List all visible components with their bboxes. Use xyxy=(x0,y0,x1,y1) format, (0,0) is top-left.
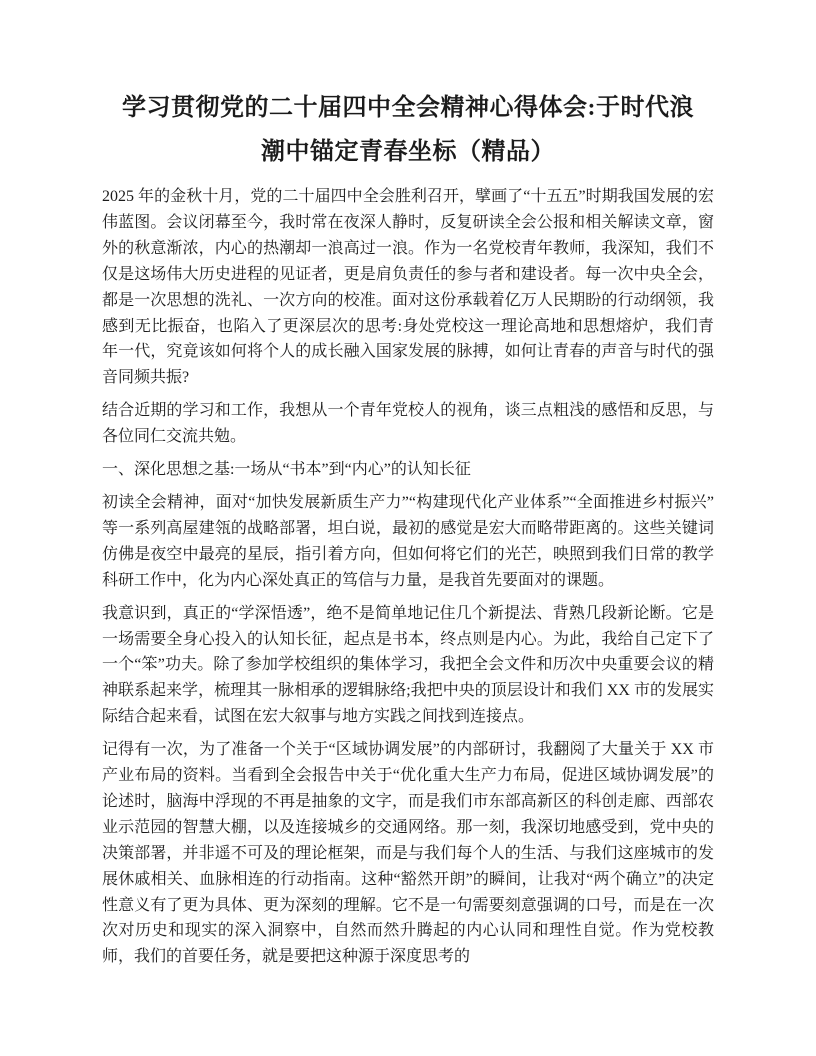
document-title-line-1: 学习贯彻党的二十届四中全会精神心得体会:于时代浪 xyxy=(102,86,714,130)
paragraph-transition: 结合近期的学习和工作，我想从一个青年党校人的视角，谈三点粗浅的感悟和反思，与各位… xyxy=(102,398,714,450)
paragraph-section1-a: 初读全会精神，面对“加快发展新质生产力”“构建现代化产业体系”“全面推进乡村振兴… xyxy=(102,490,714,594)
paragraph-section1-b: 我意识到，真正的“学深悟透”，绝不是简单地记住几个新提法、背熟几段新论断。它是一… xyxy=(102,601,714,731)
paragraph-intro: 2025 年的金秋十月，党的二十届四中全会胜利召开，擘画了“十五五”时期我国发展… xyxy=(102,184,714,391)
document-title-line-2: 潮中锚定青春坐标（精品） xyxy=(102,130,714,174)
document-page: 学习贯彻党的二十届四中全会精神心得体会:于时代浪 潮中锚定青春坐标（精品） 20… xyxy=(0,0,816,1056)
section-heading-1: 一、深化思想之基:一场从“书本”到“内心”的认知长征 xyxy=(102,457,714,483)
paragraph-section1-c: 记得有一次，为了准备一个关于“区域协调发展”的内部研讨，我翻阅了大量关于 XX … xyxy=(102,737,714,970)
document-title: 学习贯彻党的二十届四中全会精神心得体会:于时代浪 潮中锚定青春坐标（精品） xyxy=(102,86,714,174)
